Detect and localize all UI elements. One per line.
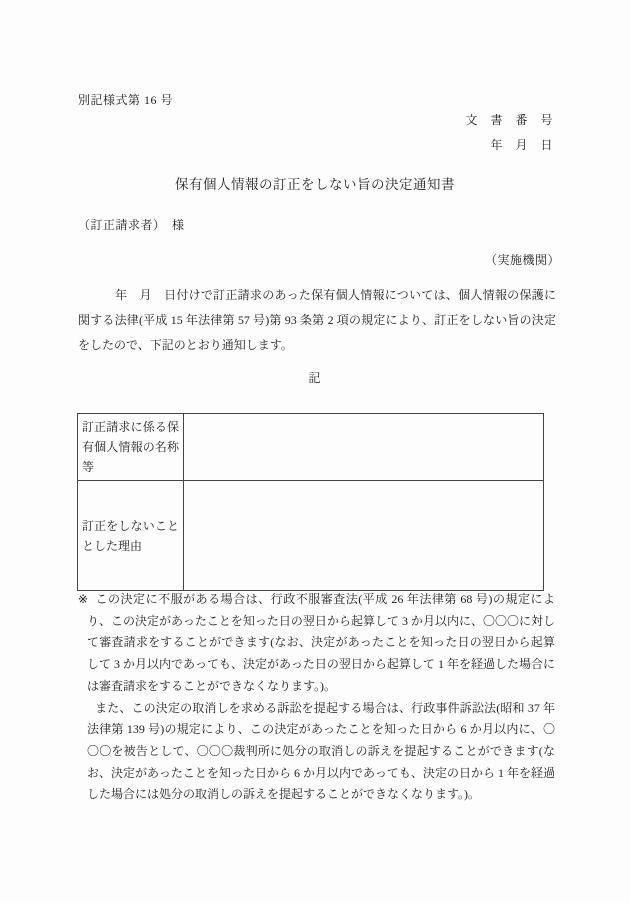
table-cell-value (184, 414, 544, 481)
table-row: 訂正請求に係る保有個人情報の名称等 (78, 414, 544, 481)
table-cell-label: 訂正請求に係る保有個人情報の名称等 (78, 414, 184, 481)
form-number: 別記様式第 16 号 (78, 91, 173, 108)
note-lawsuit: また、この決定の取消しを求める訴訟を提起する場合は、行政事件訴訟法(昭和 37 … (87, 698, 555, 807)
page-title: 保有個人情報の訂正をしない旨の決定通知書 (0, 173, 630, 193)
form-table: 訂正請求に係る保有個人情報の名称等 訂正をしないこととした理由 (77, 413, 544, 591)
note-appeal-text: この決定に不服がある場合は、行政不服審査法(平成 26 年法律第 68 号)の規… (87, 592, 555, 693)
note-appeal: ※この決定に不服がある場合は、行政不服審査法(平成 26 年法律第 68 号)の… (87, 589, 555, 698)
document-page: 別記様式第 16 号 文 書 番 号 年 月 日 保有個人情報の訂正をしない旨の… (0, 0, 630, 903)
body-paragraph: 年 月 日付けで訂正請求のあった保有個人情報については、個人情報の保護に関する法… (78, 283, 556, 358)
addressee-line: （訂正請求者） 様 (78, 216, 185, 233)
ki-section-marker: 記 (0, 369, 630, 386)
table-row: 訂正をしないこととした理由 (78, 481, 544, 591)
table-cell-label: 訂正をしないこととした理由 (78, 481, 184, 591)
notes-section: ※この決定に不服がある場合は、行政不服審査法(平成 26 年法律第 68 号)の… (87, 589, 555, 806)
note-asterisk-marker: ※ (78, 589, 95, 611)
table-cell-value (184, 481, 544, 591)
doc-number-placeholder: 文 書 番 号 (465, 111, 553, 128)
date-placeholder: 年 月 日 (490, 136, 553, 153)
issuer-line: （実施機関） (485, 251, 560, 268)
